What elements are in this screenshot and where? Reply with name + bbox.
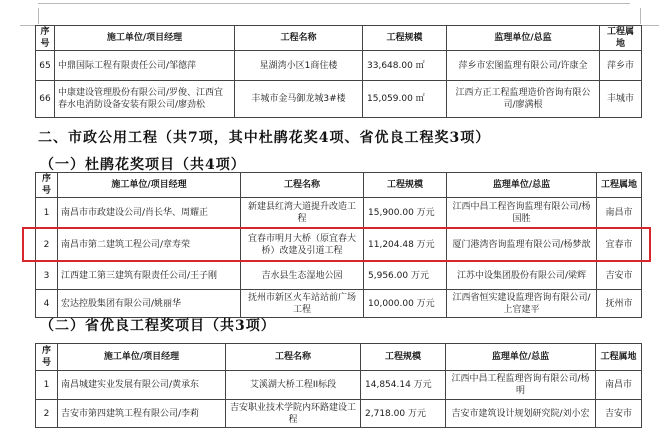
col-header-contractor: 施工单位/项目经理 [55,26,235,51]
cell-location: 吉安市 [596,400,642,428]
cell-location: 抚州市 [597,290,642,318]
cell-supervisor: 江西中昌工程咨询监理有限公司/杨国胜 [447,198,597,229]
cell-supervisor: 江西方正工程监理造价咨询有限公司/廖满根 [447,81,600,118]
table-row: 1 南昌城建实业发展有限公司/黄承东 艾溪湖大桥工程II标段 14,854.14… [36,371,642,400]
cell-contractor: 中鼎国际工程有限责任公司/邹德萍 [55,51,235,81]
col-header-location: 工程属地 [596,344,642,371]
highlight-box [22,227,651,262]
cell-no: 1 [36,371,58,400]
cell-project: 丰城市金马御龙城3#楼 [235,81,363,118]
cell-project: 吉水县生态湿地公园 [241,262,364,290]
cell-supervisor: 江苏中设集团股份有限公司/梁辉 [447,262,597,290]
cell-contractor: 南昌城建实业发展有限公司/黄承东 [58,371,226,400]
table-header-row: 序号 施工单位/项目经理 工程名称 工程规模 监理单位/总监 工程属地 [36,26,642,51]
cell-project: 星湖湾小区1商住楼 [235,51,363,81]
page-corner-mark [38,3,630,4]
col-header-no: 序号 [36,26,55,51]
cell-contractor: 中康建设管理股份有限公司/罗俊、江西宜春水电消防设备安装有限公司/廖劲松 [55,81,235,118]
section-heading: 二、市政公用工程（共7项，其中杜鹃花奖4项、省优良工程奖3项） [38,127,490,147]
cell-supervisor: 吉安市建筑设计规划研究院/刘小宏 [446,400,596,428]
cell-supervisor: 江西中昌工程监理咨询有限公司/杨明 [446,371,596,400]
page-corner-mark [641,25,659,26]
cell-scale: 14,854.14 万元 [361,371,446,400]
cell-scale: 5,956.00 万元 [364,262,447,290]
cell-no: 2 [36,400,58,428]
table-header-row: 序号 施工单位/项目经理 工程名称 工程规模 监理单位/总监 工程属地 [36,173,642,198]
col-header-project: 工程名称 [226,344,361,371]
cell-scale: 2,718.00 万元 [361,400,446,428]
col-header-no: 序号 [36,344,58,371]
col-header-contractor: 施工单位/项目经理 [58,173,241,198]
cell-project: 新建县红湾大道提升改造工程 [241,198,364,229]
col-header-contractor: 施工单位/项目经理 [58,344,226,371]
cell-scale: 15,059.00 ㎡ [363,81,447,118]
table-row: 4 宏达控股集团有限公司/姚丽华 抚州市新区火车站站前广场工程 10,000.0… [36,290,642,318]
cell-contractor: 宏达控股集团有限公司/姚丽华 [58,290,241,318]
cell-location: 南昌市 [596,371,642,400]
cell-project: 吉安职业技术学院内环路建设工程 [226,400,361,428]
cell-scale: 33,648.00 ㎡ [363,51,447,81]
table-row: 1 南昌市市政建设公司/肖长华、周耀正 新建县红湾大道提升改造工程 15,900… [36,198,642,229]
cell-no: 3 [36,262,58,290]
page-corner-mark [640,8,641,24]
col-header-scale: 工程规模 [361,344,446,371]
col-header-scale: 工程规模 [363,26,447,51]
subsection-heading-dujuan: （一）杜鹃花奖项目（共4项） [40,154,246,174]
col-header-project: 工程名称 [235,26,363,51]
table-provincial-award: 序号 施工单位/项目经理 工程名称 工程规模 监理单位/总监 工程属地 1 南昌… [35,343,642,428]
col-header-supervisor: 监理单位/总监 [447,173,597,198]
cell-scale: 10,000.00 万元 [364,290,447,318]
subsection-heading-youliang: （二）省优良工程奖项目（共3项） [40,315,276,335]
table-row: 66 中康建设管理股份有限公司/罗俊、江西宜春水电消防设备安装有限公司/廖劲松 … [36,81,642,118]
col-header-location: 工程属地 [600,26,642,51]
page-corner-mark [38,8,39,24]
table-continued: 序号 施工单位/项目经理 工程名称 工程规模 监理单位/总监 工程属地 65 中… [35,25,642,118]
cell-contractor: 吉安市第四建筑工程有限公司/李莉 [58,400,226,428]
col-header-no: 序号 [36,173,58,198]
col-header-supervisor: 监理单位/总监 [446,344,596,371]
col-header-supervisor: 监理单位/总监 [447,26,600,51]
cell-no: 1 [36,198,58,229]
cell-supervisor: 萍乡市宏图监理有限公司/许康全 [447,51,600,81]
col-header-location: 工程属地 [597,173,642,198]
cell-location: 吉安市 [597,262,642,290]
cell-project: 艾溪湖大桥工程II标段 [226,371,361,400]
cell-no: 66 [36,81,55,118]
table-row: 65 中鼎国际工程有限责任公司/邹德萍 星湖湾小区1商住楼 33,648.00 … [36,51,642,81]
cell-no: 4 [36,290,58,318]
col-header-scale: 工程规模 [364,173,447,198]
cell-contractor: 江西建工第三建筑有限责任公司/王子刚 [58,262,241,290]
col-header-project: 工程名称 [241,173,364,198]
cell-location: 南昌市 [597,198,642,229]
table-header-row: 序号 施工单位/项目经理 工程名称 工程规模 监理单位/总监 工程属地 [36,344,642,371]
cell-location: 萍乡市 [600,51,642,81]
cell-contractor: 南昌市市政建设公司/肖长华、周耀正 [58,198,241,229]
cell-location: 丰城市 [600,81,642,118]
cell-no: 65 [36,51,55,81]
table-row: 2 吉安市第四建筑工程有限公司/李莉 吉安职业技术学院内环路建设工程 2,718… [36,400,642,428]
cell-scale: 15,900.00 万元 [364,198,447,229]
cell-project: 抚州市新区火车站站前广场工程 [241,290,364,318]
table-row: 3 江西建工第三建筑有限责任公司/王子刚 吉水县生态湿地公园 5,956.00 … [36,262,642,290]
cell-supervisor: 江西省恒实建设监理咨询有限公司/上官建平 [447,290,597,318]
